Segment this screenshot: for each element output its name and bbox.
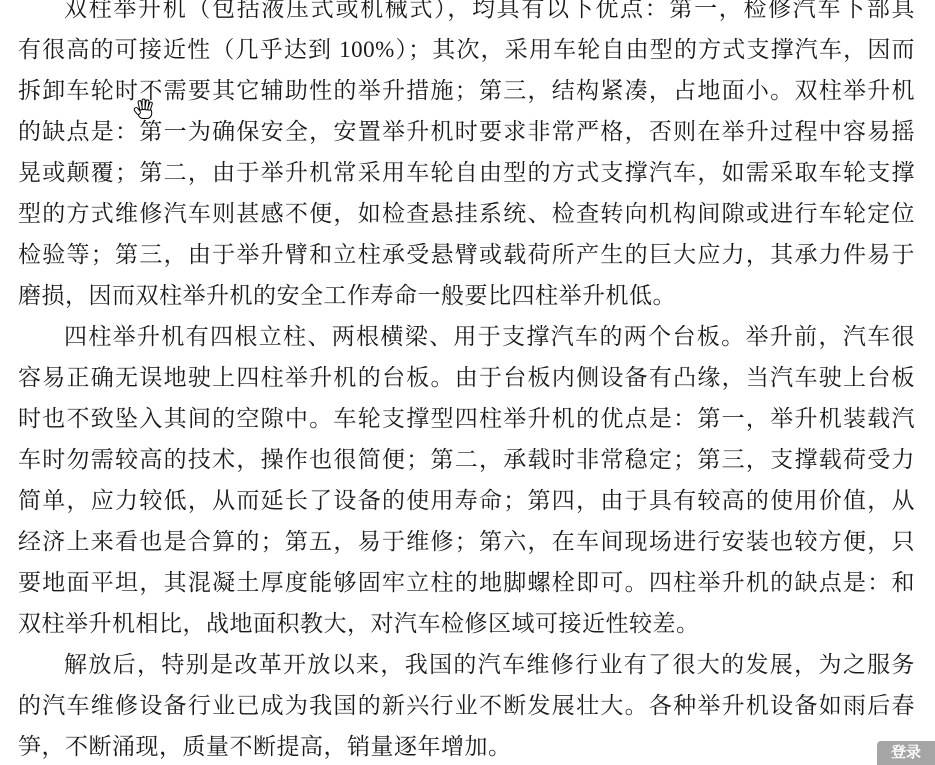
text-line: 的缺点是：第一为确保安全，安置举升机时要求非常严格，否则在举升过程中容易摇 (18, 111, 915, 152)
text-line: 双柱举升机（包括液压式或机械式），均具有以下优点：第一，检修汽车下部具 (18, 0, 915, 29)
text-line: 双柱举升机相比，战地面积教大，对汽车检修区域可接近性较差。 (18, 603, 915, 644)
text-line: 笋，不断涌现，质量不断提高，销量逐年增加。 (18, 726, 915, 765)
text-line: 简单，应力较低，从而延长了设备的使用寿命；第四，由于具有较高的使用价值，从 (18, 480, 915, 521)
text-line: 检验等；第三，由于举升臂和立柱承受悬臂或载荷所产生的巨大应力，其承力件易于 (18, 234, 915, 275)
text-line: 的汽车维修设备行业已成为我国的新兴行业不断发展壮大。各种举升机设备如雨后春 (18, 685, 915, 726)
text-line: 拆卸车轮时不需要其它辅助性的举升措施；第三，结构紧凑，占地面小。双柱举升机 (18, 70, 915, 111)
text-line: 容易正确无误地驶上四柱举升机的台板。由于台板内侧设备有凸缘，当汽车驶上台板 (18, 357, 915, 398)
text-line: 型的方式维修汽车则甚感不便，如检查悬挂系统、检查转向机构间隙或进行车轮定位 (18, 193, 915, 234)
text-line: 时也不致坠入其间的空隙中。车轮支撑型四柱举升机的优点是：第一，举升机装载汽 (18, 398, 915, 439)
text-line: 车时勿需较高的技术，操作也很简便；第二，承载时非常稳定；第三，支撑载荷受力 (18, 439, 915, 480)
document-page: 双柱举升机（包括液压式或机械式），均具有以下优点：第一，检修汽车下部具 有很高的… (0, 0, 935, 765)
text-line: 经济上来看也是合算的；第五，易于维修；第六，在车间现场进行安装也较方便，只 (18, 521, 915, 562)
text-line: 磨损，因而双柱举升机的安全工作寿命一般要比四柱举升机低。 (18, 275, 915, 316)
text-line: 有很高的可接近性（几乎达到 100%）；其次，采用车轮自由型的方式支撑汽车，因而 (18, 29, 915, 70)
login-button[interactable]: 登录 (877, 741, 935, 765)
text-line: 解放后，特别是改革开放以来，我国的汽车维修行业有了很大的发展，为之服务 (18, 644, 915, 685)
text-line: 晃或颠覆；第二，由于举升机常采用车轮自由型的方式支撑汽车，如需采取车轮支撑 (18, 152, 915, 193)
text-line: 要地面平坦，其混凝土厚度能够固牢立柱的地脚螺栓即可。四柱举升机的缺点是：和 (18, 562, 915, 603)
text-line: 四柱举升机有四根立柱、两根横梁、用于支撑汽车的两个台板。举升前，汽车很 (18, 316, 915, 357)
